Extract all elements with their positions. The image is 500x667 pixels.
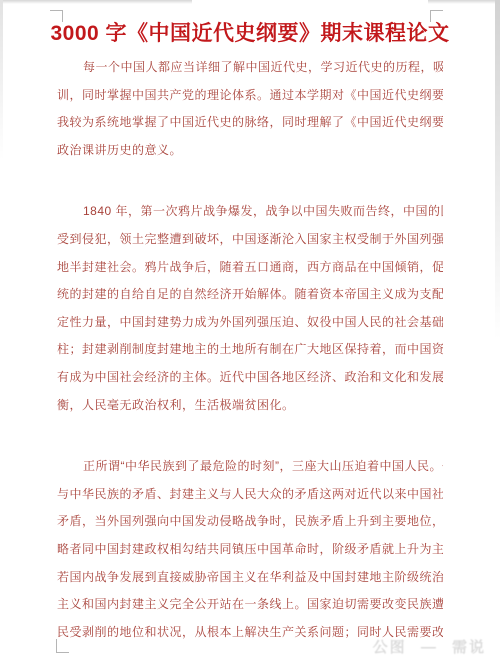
- body-line: 主义和国内封建主义完全公开站在一条线上。国家迫切需要改变民族遭压迫、人: [57, 591, 443, 619]
- body-line: 政治课讲历史的意义。: [57, 137, 443, 165]
- body-line: 矛盾，当外国列强向中国发动侵略战争时，民族矛盾上升到主要地位，当外国侵: [57, 508, 443, 536]
- body-line: 正所谓“中华民族到了最危险的时刻”，三座大山压迫着中国人民。帝国主义: [57, 453, 443, 481]
- body-paragraph: 每一个中国人都应当详细了解中国近代史，学习近代史的历程，吸取历史教训，同时掌握中…: [57, 54, 443, 164]
- body-line: 定性力量，中国封建势力成为外国列强压迫、奴役中国人民的社会基础和统治支: [57, 309, 443, 337]
- document-title: 3000 字《中国近代史纲要》期末课程论文: [0, 18, 500, 50]
- body-line: 有成为中国社会经济的主体。近代中国各地区经济、政治和文化和发展极其不平: [57, 364, 443, 392]
- body-line: 若国内战争发展到直接威胁帝国主义在华利益及中国封建地主阶级统治时，帝国: [57, 564, 443, 592]
- body-line: 柱；封建剥削制度封建地主的土地所有制在广大地区保持着，而中国资本主义没: [57, 336, 443, 364]
- body-line: 与中华民族的矛盾、封建主义与人民大众的矛盾这两对近代以来中国社会的主要: [57, 481, 443, 509]
- page-background: { "document": { "title": "3000 字《中国近代史纲要…: [0, 0, 500, 667]
- body-paragraph: 正所谓“中华民族到了最危险的时刻”，三座大山压迫着中国人民。帝国主义与中华民族的…: [57, 453, 443, 646]
- document-page: 3000 字《中国近代史纲要》期末课程论文 每一个中国人都应当详细了解中国近代史…: [0, 0, 500, 667]
- body-line: 我较为系统地掌握了中国近代史的脉络，同时理解了《中国近代史纲要》这一门: [57, 109, 443, 137]
- body-line: 统的封建的自给自足的自然经济开始解体。随着资本帝国主义成为支配中国的决: [57, 281, 443, 309]
- document-body: 每一个中国人都应当详细了解中国近代史，学习近代史的历程，吸取历史教训，同时掌握中…: [57, 54, 443, 646]
- body-line: 地半封建社会。鸦片战争后，随着五口通商，西方商品在中国倾销，促使中国传: [57, 254, 443, 282]
- watermark-right-text: 需说: [452, 639, 486, 656]
- body-line: 衡，人民毫无政治权利，生活极端贫困化。: [57, 392, 443, 420]
- watermark: 公图 — 需说: [373, 636, 486, 657]
- body-paragraph: 1840 年，第一次鸦片战争爆发，战争以中国失败而告终，中国的国家主权受到侵犯，…: [57, 198, 443, 419]
- page-edge-shadow-top-left: [0, 0, 192, 4]
- page-edge-shadow-top-right: [428, 0, 500, 4]
- watermark-dash: —: [421, 639, 438, 656]
- body-line: 受到侵犯，领土完整遭到破坏，中国逐渐沦入国家主权受制于外国列强的半殖民: [57, 226, 443, 254]
- body-line: 训，同时掌握中国共产党的理论体系。通过本学期对《中国近代史纲要》的学习，: [57, 82, 443, 110]
- page-edge-shadow-right: [495, 0, 500, 340]
- body-line: 略者同中国封建政权相勾结共同镇压中国革命时，阶级矛盾就上升为主要矛盾。: [57, 536, 443, 564]
- watermark-left-text: 公图: [373, 639, 407, 656]
- body-line: 1840 年，第一次鸦片战争爆发，战争以中国失败而告终，中国的国家主权: [57, 198, 443, 226]
- body-line: 每一个中国人都应当详细了解中国近代史，学习近代史的历程，吸取历史教: [57, 54, 443, 82]
